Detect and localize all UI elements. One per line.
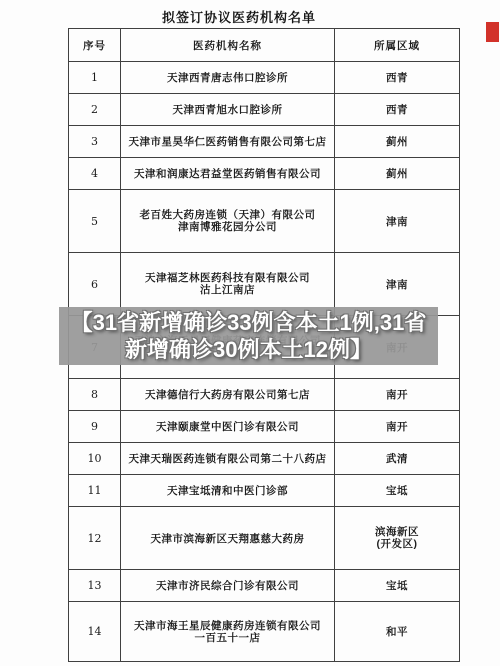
seq-cell: 9 [69, 411, 121, 443]
table-row: 11天津宝坻清和中医门诊部宝坻 [69, 475, 460, 507]
seq-cell: 5 [69, 190, 121, 253]
region-cell-line: (开发区) [377, 538, 418, 550]
overlay-text-line-2: 新增确诊30例本土12例】 [125, 336, 372, 363]
table-row: 9天津颐康堂中医门诊有限公司南开 [69, 411, 460, 443]
seq-cell: 3 [69, 126, 121, 158]
table-row: 2天津西青旭水口腔诊所西青 [69, 94, 460, 126]
seq-cell: 8 [69, 379, 121, 411]
table-row: 4天津和润康达君益堂医药销售有限公司蓟州 [69, 158, 460, 190]
seq-cell: 14 [69, 602, 121, 662]
header-seq: 序号 [69, 29, 121, 62]
region-cell-line: 滨海新区 [375, 526, 419, 538]
page-title: 拟签订协议医药机构名单 [0, 7, 478, 26]
institution-name-cell-line: 老百姓大药房连锁（天津）有限公司 [140, 209, 316, 221]
red-bookmark-badge [486, 22, 499, 42]
seq-cell: 12 [69, 507, 121, 570]
institution-name-cell: 天津德信行大药房有限公司第七店 [121, 379, 335, 411]
institution-name-cell-line: 一百五十一店 [195, 632, 261, 644]
table-row: 8天津德信行大药房有限公司第七店南开 [69, 379, 460, 411]
institution-name-cell: 天津市滨海新区天翔惠慈大药房 [121, 507, 335, 570]
table-row: 13天津市济民综合门诊有限公司宝坻 [69, 570, 460, 602]
institution-name-cell: 天津市海王星辰健康药房连锁有限公司一百五十一店 [121, 602, 335, 662]
region-cell: 宝坻 [335, 570, 460, 602]
institution-name-cell-line: 天津福芝林医药科技有限有限公司 [145, 272, 310, 284]
table-row: 1天津西青唐志伟口腔诊所西青 [69, 62, 460, 94]
region-cell: 宝坻 [335, 475, 460, 507]
seq-cell: 13 [69, 570, 121, 602]
region-cell: 南开 [335, 411, 460, 443]
table-row: 14天津市海王星辰健康药房连锁有限公司一百五十一店和平 [69, 602, 460, 662]
table-row: 12天津市滨海新区天翔惠慈大药房滨海新区(开发区) [69, 507, 460, 570]
region-cell: 南开 [335, 379, 460, 411]
region-cell: 西青 [335, 62, 460, 94]
region-cell: 蓟州 [335, 158, 460, 190]
table-header-row: 序号 医药机构名称 所属区域 [69, 29, 460, 62]
institution-name-cell-line: 沽上江南店 [200, 284, 255, 296]
seq-cell: 2 [69, 94, 121, 126]
seq-cell: 10 [69, 443, 121, 475]
institution-name-cell: 天津西青旭水口腔诊所 [121, 94, 335, 126]
region-cell: 滨海新区(开发区) [335, 507, 460, 570]
document-page: 拟签订协议医药机构名单 序号 医药机构名称 所属区域 1天津西青唐志伟口腔诊所西… [0, 0, 500, 666]
news-headline-overlay: 【31省新增确诊33例含本土1例,31省 新增确诊30例本土12例】 [59, 307, 438, 365]
region-cell: 津南 [335, 190, 460, 253]
institution-name-cell: 天津天瑞医药连锁有限公司第二十八药店 [121, 443, 335, 475]
institution-name-cell: 天津市济民综合门诊有限公司 [121, 570, 335, 602]
table-row: 3天津市星昊华仁医药销售有限公司第七店蓟州 [69, 126, 460, 158]
table-row: 5老百姓大药房连锁（天津）有限公司津南博雅花园分公司津南 [69, 190, 460, 253]
region-cell: 和平 [335, 602, 460, 662]
overlay-text-line-1: 【31省新增确诊33例含本土1例,31省 [71, 309, 427, 336]
institution-name-cell: 天津宝坻清和中医门诊部 [121, 475, 335, 507]
seq-cell: 11 [69, 475, 121, 507]
table-row: 10天津天瑞医药连锁有限公司第二十八药店武清 [69, 443, 460, 475]
seq-cell: 4 [69, 158, 121, 190]
header-region: 所属区域 [335, 29, 460, 62]
seq-cell: 1 [69, 62, 121, 94]
institution-name-cell-line: 津南博雅花园分公司 [178, 221, 277, 233]
institution-name-cell: 天津颐康堂中医门诊有限公司 [121, 411, 335, 443]
region-cell: 蓟州 [335, 126, 460, 158]
institution-name-cell: 老百姓大药房连锁（天津）有限公司津南博雅花园分公司 [121, 190, 335, 253]
institution-name-cell: 天津和润康达君益堂医药销售有限公司 [121, 158, 335, 190]
header-name: 医药机构名称 [121, 29, 335, 62]
region-cell: 武清 [335, 443, 460, 475]
institution-name-cell: 天津市星昊华仁医药销售有限公司第七店 [121, 126, 335, 158]
institution-name-cell: 天津西青唐志伟口腔诊所 [121, 62, 335, 94]
region-cell: 西青 [335, 94, 460, 126]
institution-name-cell-line: 天津市海王星辰健康药房连锁有限公司 [134, 620, 321, 632]
